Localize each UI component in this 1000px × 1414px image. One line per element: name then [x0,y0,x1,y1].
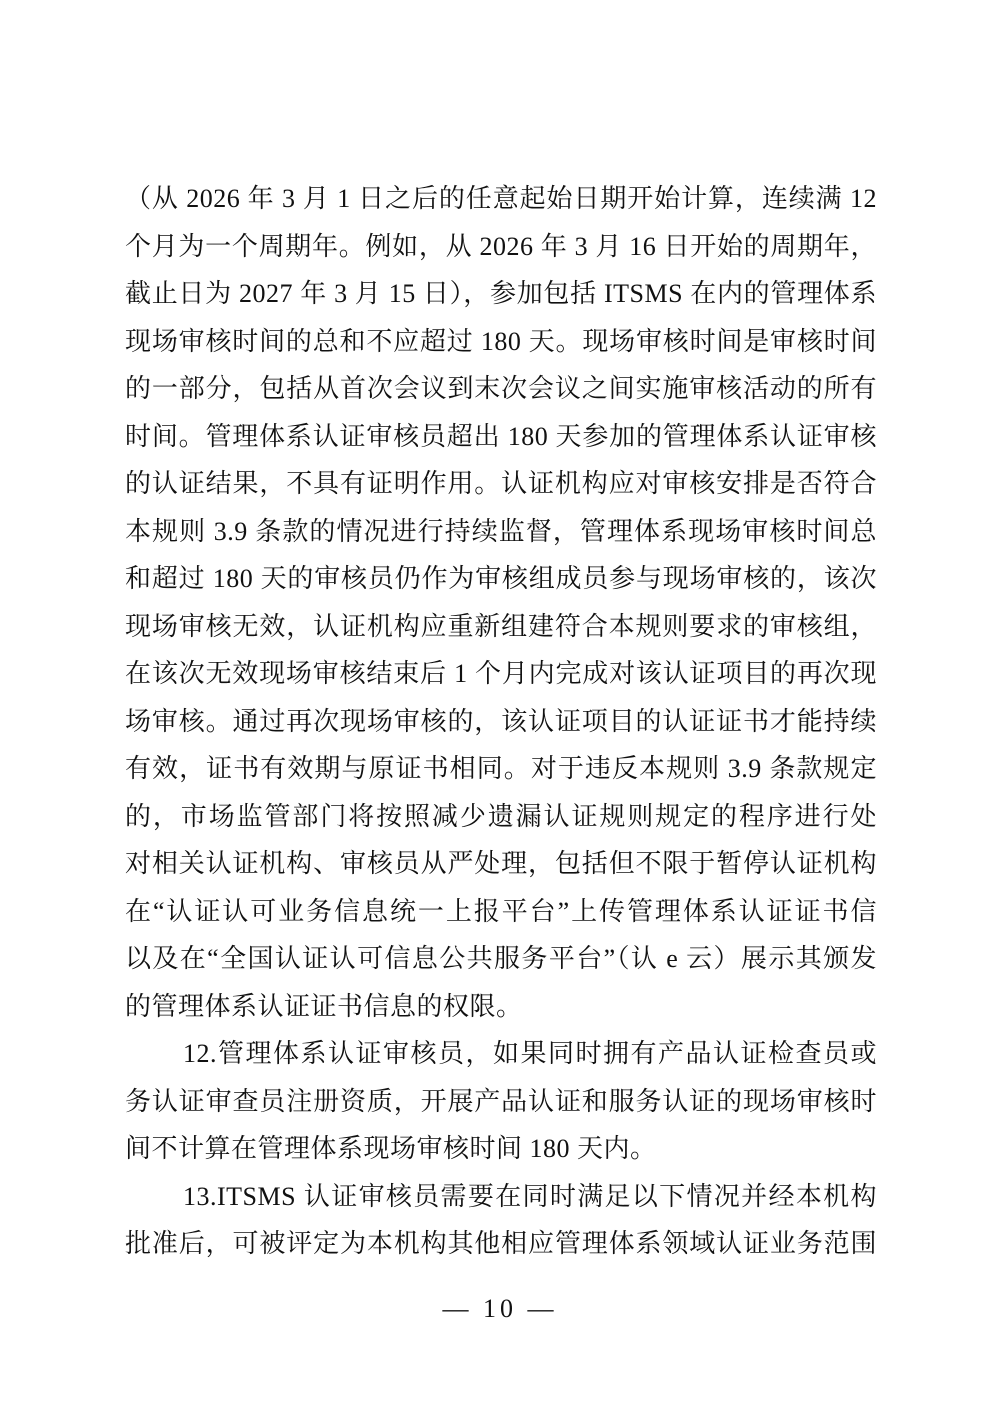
text-line: 批准后，可被评定为本机构其他相应管理体系领域认证业务范围 [125,1220,877,1268]
text-line: 现场审核时间的总和不应超过 180 天。现场审核时间是审核时间 [125,318,877,366]
text-line: 12.管理体系认证审核员，如果同时拥有产品认证检查员或服 [125,1030,877,1078]
document-body: （从 2026 年 3 月 1 日之后的任意起始日期开始计算，连续满 12个月为… [125,175,877,1268]
text-line: 务认证审查员注册资质，开展产品认证和服务认证的现场审核时 [125,1078,877,1126]
text-line: 对相关认证机构、审核员从严处理，包括但不限于暂停认证机构 [125,840,877,888]
page-footer: — 10 — [0,1294,1000,1324]
text-line: 个月为一个周期年。例如，从 2026 年 3 月 16 日开始的周期年， [125,223,877,271]
text-line: 在该次无效现场审核结束后 1 个月内完成对该认证项目的再次现 [125,650,877,698]
text-line: 截止日为 2027 年 3 月 15 日），参加包括 ITSMS 在内的管理体系 [125,270,877,318]
text-line: 和超过 180 天的审核员仍作为审核组成员参与现场审核的，该次 [125,555,877,603]
page-number: — 10 — [443,1294,558,1323]
text-line: 时间。管理体系认证审核员超出 180 天参加的管理体系认证审核 [125,413,877,461]
text-line: 有效，证书有效期与原证书相同。对于违反本规则 3.9 条款规定 [125,745,877,793]
text-line: 的认证结果，不具有证明作用。认证机构应对审核安排是否符合 [125,460,877,508]
text-line: （从 2026 年 3 月 1 日之后的任意起始日期开始计算，连续满 12 [125,175,877,223]
text-line: 的一部分，包括从首次会议到末次会议之间实施审核活动的所有 [125,365,877,413]
text-line: 间不计算在管理体系现场审核时间 180 天内。 [125,1125,877,1173]
document-page: （从 2026 年 3 月 1 日之后的任意起始日期开始计算，连续满 12个月为… [0,0,1000,1414]
text-line: 在“认证认可业务信息统一上报平台”上传管理体系认证证书信息， [125,888,877,936]
text-line: 本规则 3.9 条款的情况进行持续监督，管理体系现场审核时间总 [125,508,877,556]
text-line: 场审核。通过再次现场审核的，该认证项目的认证证书才能持续 [125,698,877,746]
text-line: 的管理体系认证证书信息的权限。 [125,983,877,1031]
text-line: 的，市场监管部门将按照减少遗漏认证规则规定的程序进行处理， [125,793,877,841]
text-line: 以及在“全国认证认可信息公共服务平台”（认 e 云）展示其颁发 [125,935,877,983]
text-line: 13.ITSMS 认证审核员需要在同时满足以下情况并经本机构 [125,1173,877,1221]
text-line: 现场审核无效，认证机构应重新组建符合本规则要求的审核组， [125,603,877,651]
